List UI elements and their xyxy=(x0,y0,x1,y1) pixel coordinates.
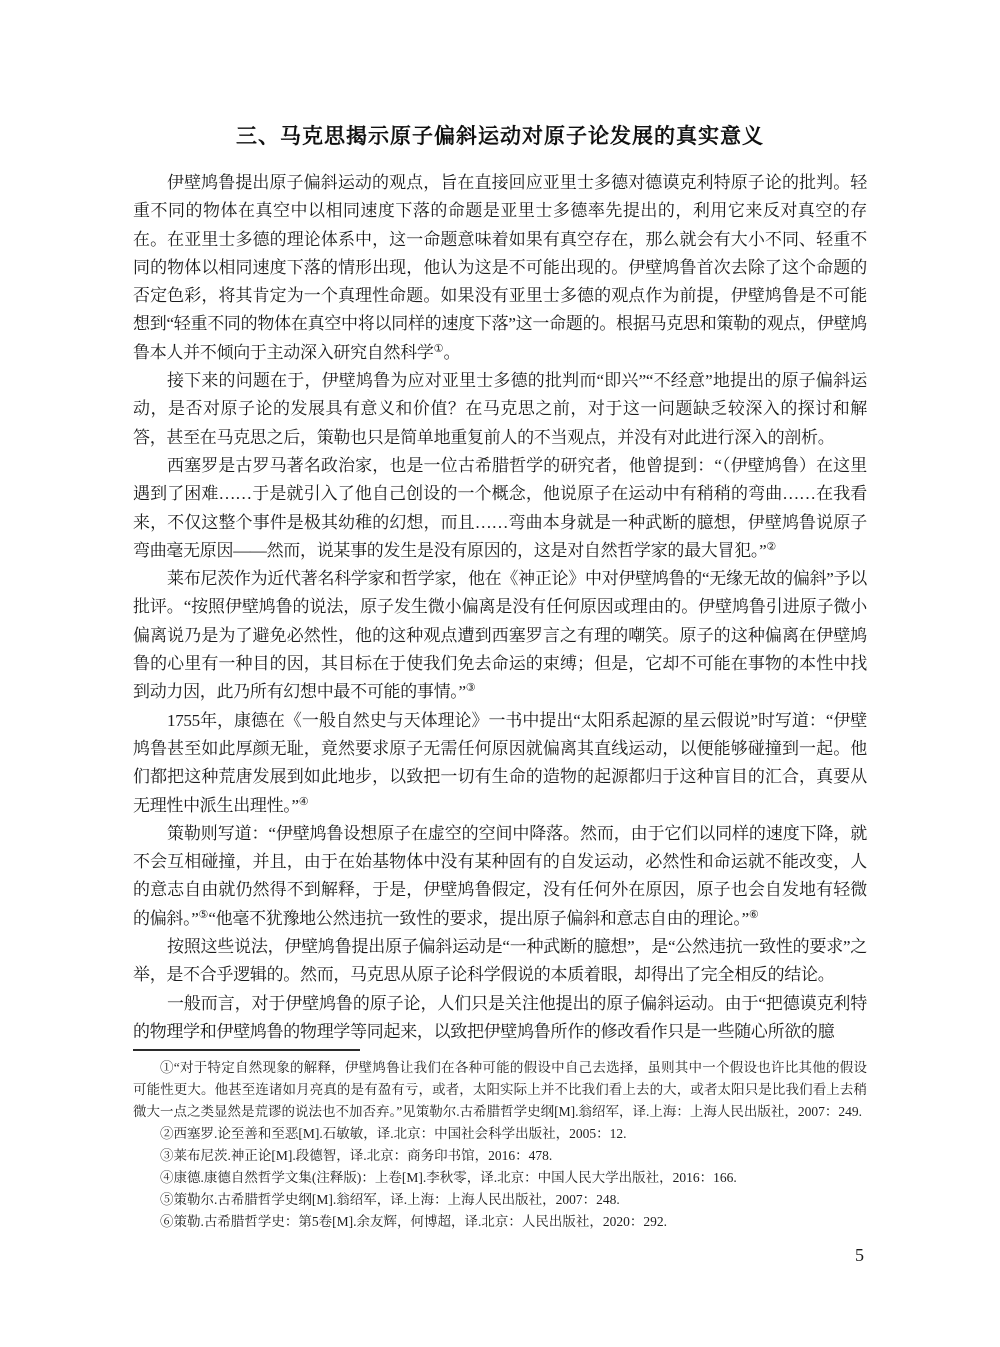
footnote-item: ⑥策勒.古希腊哲学史：第5卷[M].余友辉，何博超，译.北京：人民出版社，202… xyxy=(133,1211,867,1233)
footnote-ref: ② xyxy=(766,541,776,553)
paragraph: 策勒则写道：“伊壁鸠鲁设想原子在虚空的空间中降落。然而，由于它们以同样的速度下降… xyxy=(133,820,867,933)
article-body: 伊壁鸠鲁提出原子偏斜运动的观点，旨在直接回应亚里士多德对德谟克利特原子论的批判。… xyxy=(133,169,867,1046)
footnote-marker: ⑥ xyxy=(160,1214,174,1229)
footnote-marker: ⑤ xyxy=(160,1192,174,1207)
paragraph: 1755年，康德在《一般自然史与天体理论》一书中提出“太阳系起源的星云假说”时写… xyxy=(133,707,867,820)
paragraph: 按照这些说法，伊壁鸠鲁提出原子偏斜运动是“一种武断的臆想”，是“公然违抗一致性的… xyxy=(133,933,867,990)
footnote-item: ⑤策勒尔.古希腊哲学史纲[M].翁绍军，译.上海：上海人民出版社，2007：24… xyxy=(133,1189,867,1211)
footnote-item: ②西塞罗.论至善和至恶[M].石敏敏，译.北京：中国社会科学出版社，2005：1… xyxy=(133,1123,867,1145)
paragraph: 西塞罗是古罗马著名政治家，也是一位古希腊哲学的研究者，他曾提到：“（伊壁鸠鲁）在… xyxy=(133,452,867,565)
section-title: 三、马克思揭示原子偏斜运动对原子论发展的真实意义 xyxy=(133,122,867,152)
footnote-item: ④康德.康德自然哲学文集(注释版)：上卷[M].李秋零，译.北京：中国人民大学出… xyxy=(133,1167,867,1189)
footnote-marker: ④ xyxy=(160,1170,174,1185)
paragraph: 伊壁鸠鲁提出原子偏斜运动的观点，旨在直接回应亚里士多德对德谟克利特原子论的批判。… xyxy=(133,169,867,367)
footnote-ref: ⑥ xyxy=(749,909,759,921)
footnote-text: 策勒.古希腊哲学史：第5卷[M].余友辉，何博超，译.北京：人民出版社，2020… xyxy=(174,1214,668,1229)
footnote-divider xyxy=(133,1049,360,1051)
paragraph: 一般而言，对于伊壁鸠鲁的原子论，人们只是关注他提出的原子偏斜运动。由于“把德谟克… xyxy=(133,990,867,1047)
footnote-text: 西塞罗.论至善和至恶[M].石敏敏，译.北京：中国社会科学出版社，2005：12… xyxy=(174,1126,627,1141)
footnote-ref: ⑤ xyxy=(199,909,209,921)
footnote-ref: ③ xyxy=(466,682,476,694)
paragraph: 接下来的问题在于，伊壁鸠鲁为应对亚里士多德的批判而“即兴”“不经意”地提出的原子… xyxy=(133,367,867,452)
footnote-text: “对于特定自然现象的解释，伊壁鸠鲁让我们在各种可能的假设中自己去选择，虽则其中一… xyxy=(133,1060,867,1119)
document-page: 三、马克思揭示原子偏斜运动对原子论发展的真实意义 伊壁鸠鲁提出原子偏斜运动的观点… xyxy=(0,0,1000,1347)
footnotes: ①“对于特定自然现象的解释，伊壁鸠鲁让我们在各种可能的假设中自己去选择，虽则其中… xyxy=(133,1057,867,1233)
footnote-text: 策勒尔.古希腊哲学史纲[M].翁绍军，译.上海：上海人民出版社，2007：248… xyxy=(174,1192,620,1207)
page-number: 5 xyxy=(133,1245,867,1265)
footnote-marker: ① xyxy=(160,1060,174,1075)
footnote-item: ①“对于特定自然现象的解释，伊壁鸠鲁让我们在各种可能的假设中自己去选择，虽则其中… xyxy=(133,1057,867,1123)
footnote-ref: ④ xyxy=(299,796,309,808)
footnote-marker: ③ xyxy=(160,1148,174,1163)
footnote-ref: ① xyxy=(434,343,444,355)
footnote-text: 康德.康德自然哲学文集(注释版)：上卷[M].李秋零，译.北京：中国人民大学出版… xyxy=(174,1170,737,1185)
footnote-text: 莱布尼茨.神正论[M].段德智，译.北京：商务印书馆，2016：478. xyxy=(174,1148,553,1163)
footnote-marker: ② xyxy=(160,1126,174,1141)
paragraph: 莱布尼茨作为近代著名科学家和哲学家，他在《神正论》中对伊壁鸠鲁的“无缘无故的偏斜… xyxy=(133,565,867,706)
footnote-item: ③莱布尼茨.神正论[M].段德智，译.北京：商务印书馆，2016：478. xyxy=(133,1145,867,1167)
